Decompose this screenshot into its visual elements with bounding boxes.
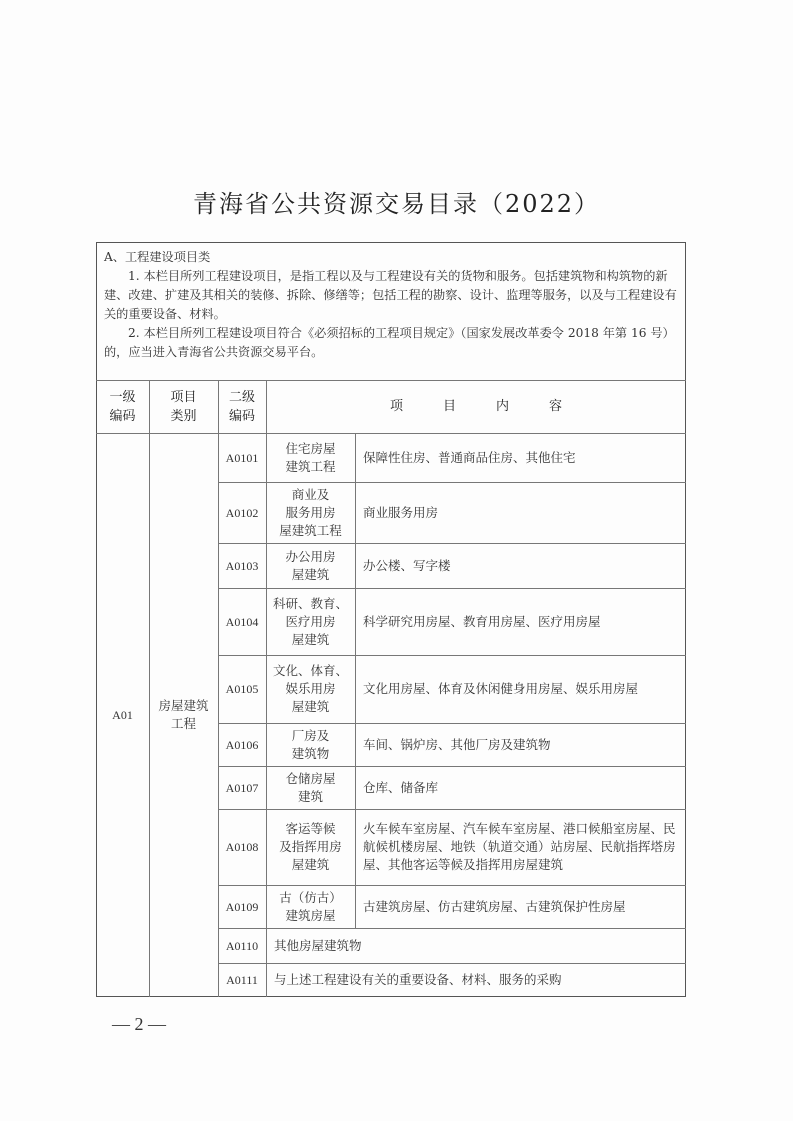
row-code: A0107 [218,766,266,809]
row-content: 仓库、储备库 [355,766,686,809]
document-title: 青海省公共资源交易目录（2022） [0,184,793,219]
row-content: 车间、锅炉房、其他厂房及建筑物 [355,723,686,766]
row-name: 客运等候 及指挥用房 屋建筑 [266,809,355,885]
row-content: 其他房屋建筑物 [266,928,686,963]
header-content-char: 项 [390,397,403,416]
row-content: 保障性住房、普通商品住房、其他住宅 [355,433,686,482]
row-name: 仓储房屋 建筑 [266,766,355,809]
row-code: A0104 [218,588,266,655]
page-number: — 2 — [112,1014,166,1035]
row-content: 古建筑房屋、仿古建筑房屋、古建筑保护性房屋 [355,885,686,928]
intro-paragraph-2: 2. 本栏目所列工程建设项目符合《必须招标的工程项目规定》（国家发展改革委令 2… [104,324,680,362]
intro-paragraph-1: 1. 本栏目所列工程建设项目，是指工程以及与工程建设有关的货物和服务。包括建筑物… [104,267,680,324]
intro-section: A、工程建设项目类 1. 本栏目所列工程建设项目，是指工程以及与工程建设有关的货… [96,242,686,380]
row-name: 古（仿古） 建筑房屋 [266,885,355,928]
row-code: A0106 [218,723,266,766]
header-content-char: 目 [443,397,456,416]
header-content-char: 内 [496,397,509,416]
header-level2-code: 二级 编码 [218,380,266,433]
row-name: 文化、体育、 娱乐用房 屋建筑 [266,655,355,723]
row-code: A0105 [218,655,266,723]
header-content-char: 容 [549,397,562,416]
row-content: 文化用房屋、体育及休闲健身用房屋、娱乐用房屋 [355,655,686,723]
row-code: A0108 [218,809,266,885]
row-name: 科研、教育、 医疗用房 屋建筑 [266,588,355,655]
row-name: 住宅房屋 建筑工程 [266,433,355,482]
row-code: A0109 [218,885,266,928]
row-content: 火车候车室房屋、汽车候车室房屋、港口候船室房屋、民航候机楼房屋、地铁（轨道交通）… [355,809,686,885]
row-name: 厂房及 建筑物 [266,723,355,766]
row-code: A0103 [218,543,266,588]
row-code: A0101 [218,433,266,482]
category-cell: 房屋建筑 工程 [149,433,218,997]
row-code: A0110 [218,928,266,963]
row-name: 办公用房 屋建筑 [266,543,355,588]
row-content: 与上述工程建设有关的重要设备、材料、服务的采购 [266,963,686,997]
header-level1-code: 一级 编码 [96,380,149,433]
intro-heading: A、工程建设项目类 [104,248,680,267]
level1-code-cell: A01 [96,433,149,997]
row-content: 商业服务用房 [355,482,686,543]
row-code: A0102 [218,482,266,543]
header-category: 项目 类别 [149,380,218,433]
row-name: 商业及 服务用房 屋建筑工程 [266,482,355,543]
row-content: 科学研究用房屋、教育用房屋、医疗用房屋 [355,588,686,655]
row-content: 办公楼、写字楼 [355,543,686,588]
header-content: 项 目 内 容 [266,380,686,433]
row-code: A0111 [218,963,266,997]
